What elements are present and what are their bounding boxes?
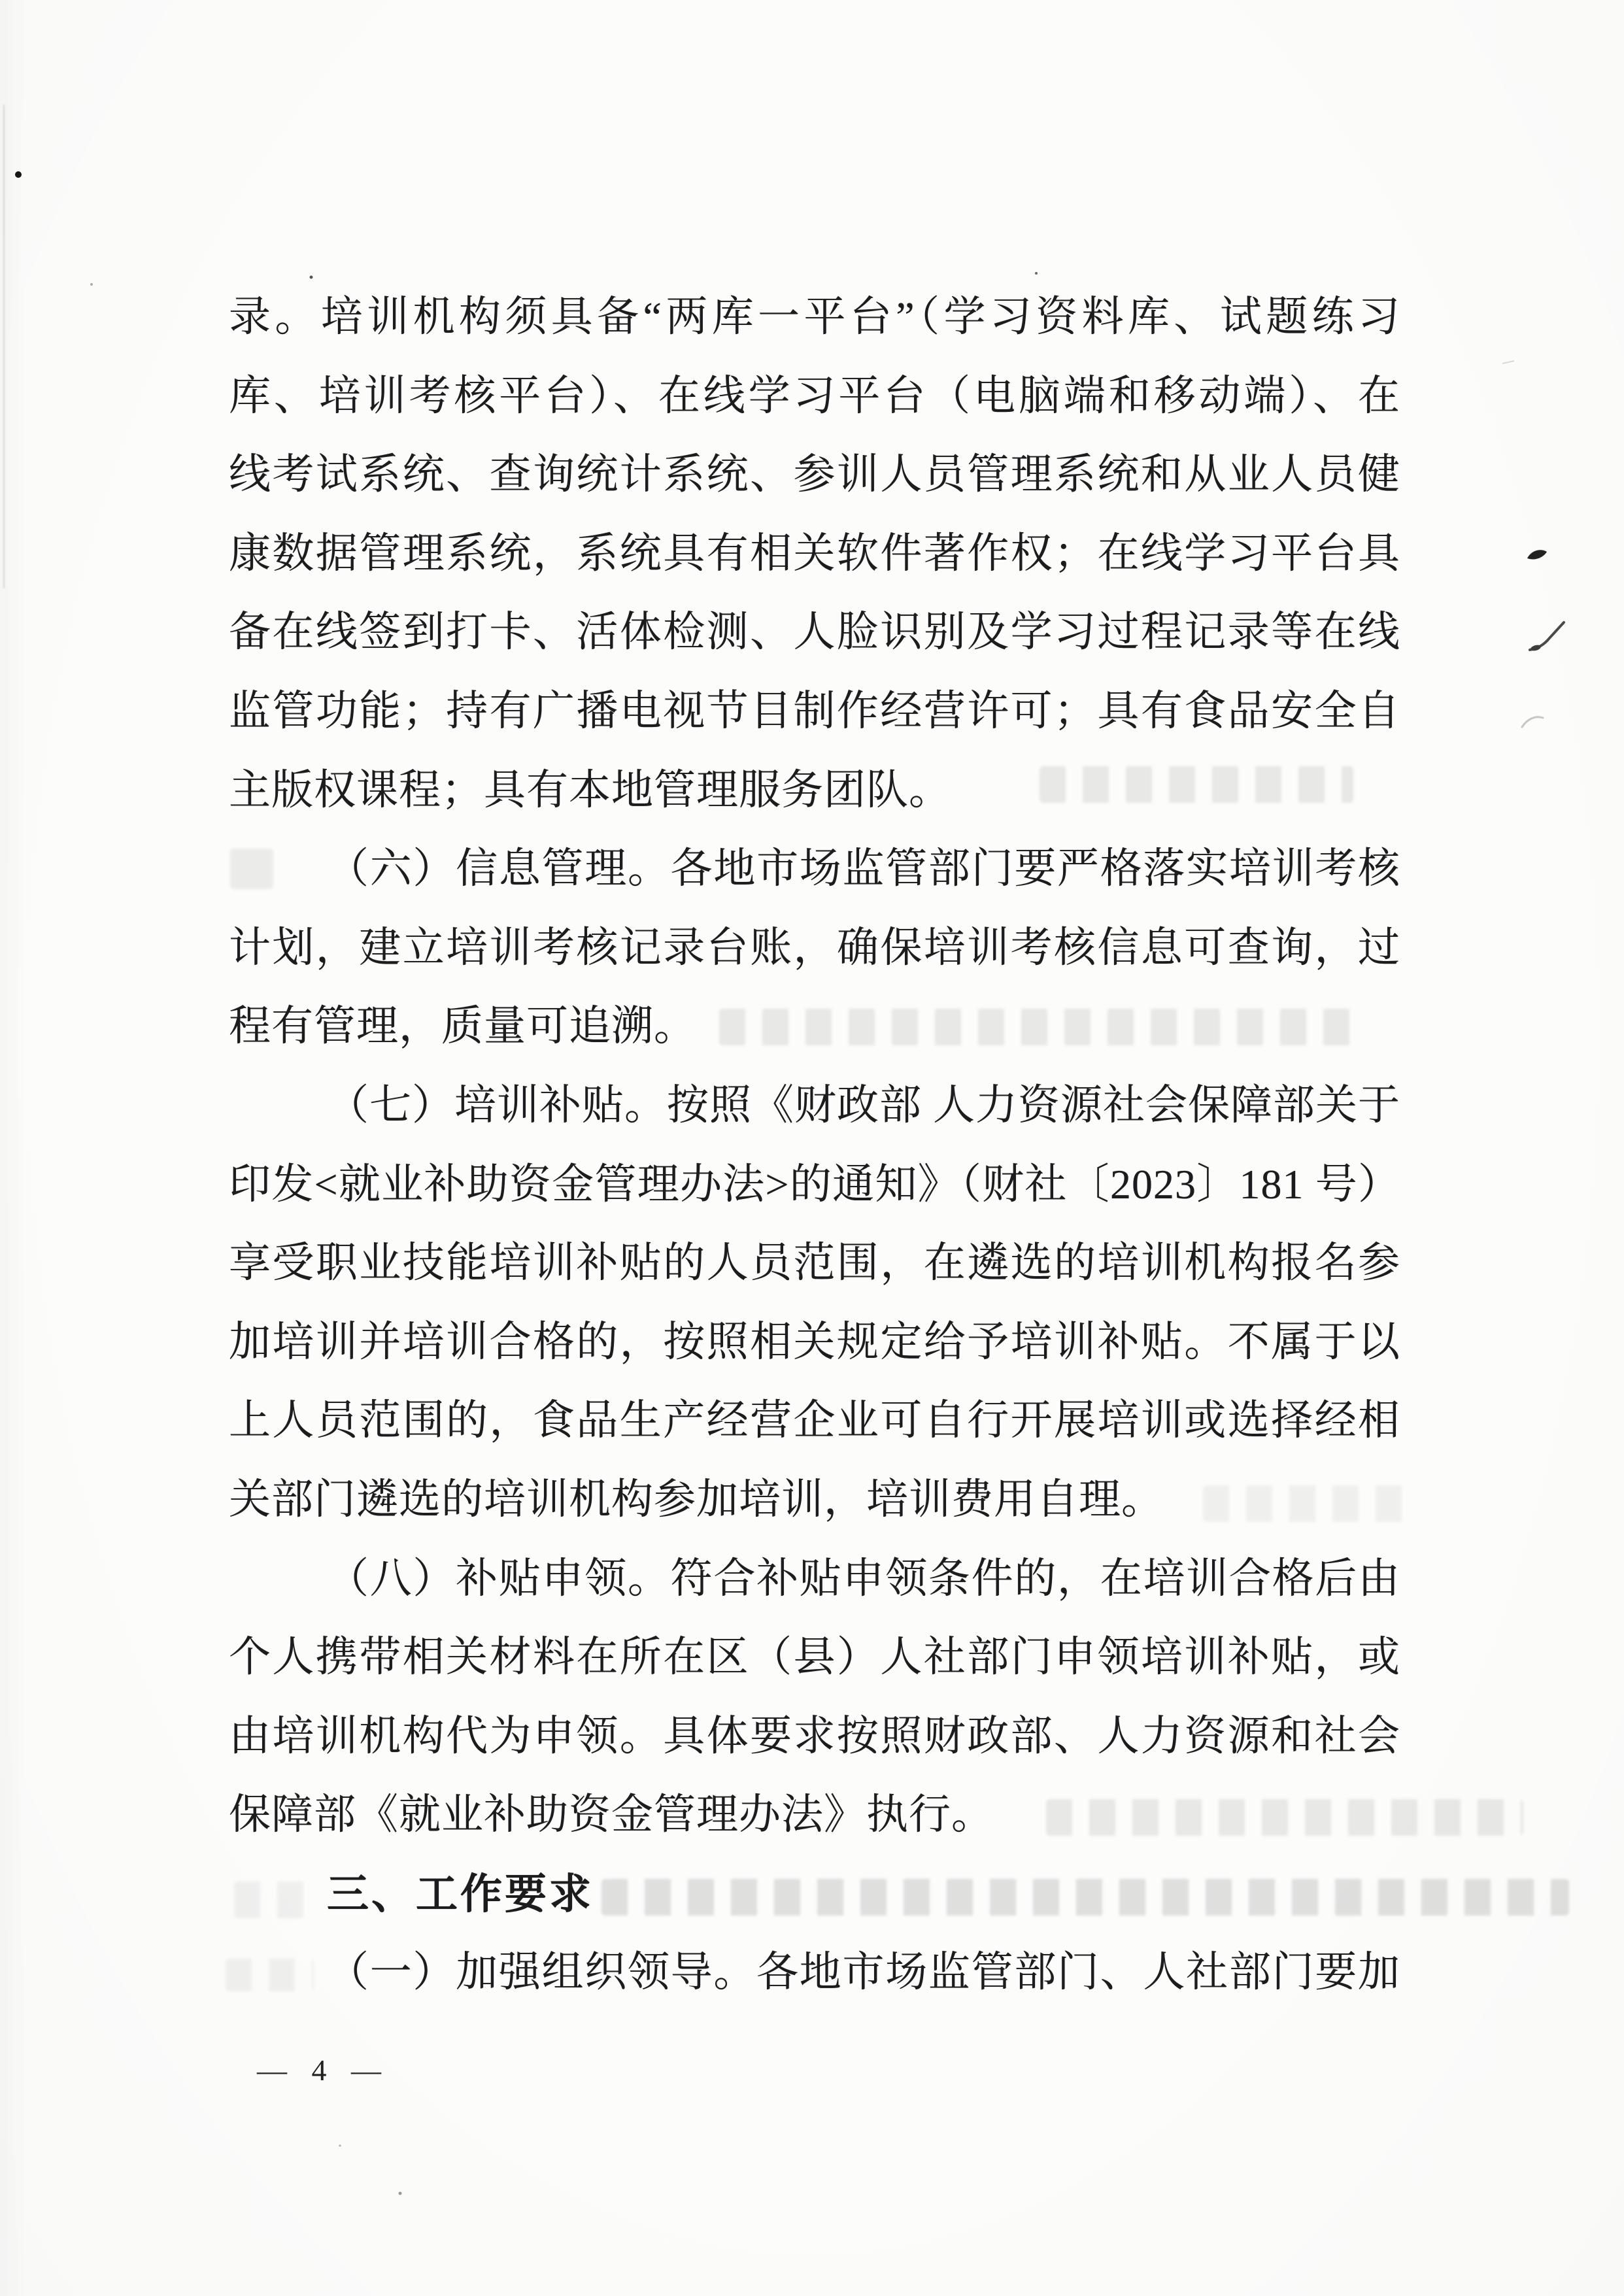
text-line: 库、培训考核平台）、在线学习平台（电脑端和移动端）、在 [229, 357, 1400, 436]
text-line: 备在线签到打卡、活体检测、人脸识别及学习过程记录等在线 [229, 593, 1400, 672]
scanned-page: { "theme": { "ink": "#1c1c1e", "paper": … [0, 0, 1624, 2296]
text-line: （六）信息管理。各地市场监管部门要严格落实培训考核 [229, 830, 1400, 909]
text-line: 个人携带相关材料在所在区（县）人社部门申领培训补贴，或 [229, 1618, 1400, 1697]
text-line: （一）加强组织领导。各地市场监管部门、人社部门要加 [229, 1933, 1400, 2012]
scan-edge-streak [3, 105, 5, 588]
text-line: （八）补贴申领。符合补贴申领条件的，在培训合格后由 [229, 1540, 1400, 1619]
text-line: 监管功能；持有广播电视节目制作经营许可；具有食品安全自 [229, 672, 1400, 751]
text-line: 主版权课程；具有本地管理服务团队。 [229, 751, 1400, 830]
text-line: 保障部《就业补助资金管理办法》执行。 [229, 1776, 1400, 1855]
text-line: 康数据管理系统，系统具有相关软件著作权；在线学习平台具 [229, 515, 1400, 594]
text-line: 录。培训机构须具备“两库一平台”（学习资料库、试题练习 [229, 278, 1400, 357]
text-line: 关部门遴选的培训机构参加培训，培训费用自理。 [229, 1460, 1400, 1540]
text-line: 程有管理，质量可追溯。 [229, 987, 1400, 1066]
text-line: 由培训机构代为申领。具体要求按照财政部、人力资源和社会 [229, 1697, 1400, 1776]
text-line: 享受职业技能培训补贴的人员范围，在遴选的培训机构报名参 [229, 1224, 1400, 1303]
text-line: 上人员范围的，食品生产经营企业可自行开展培训或选择经相 [229, 1381, 1400, 1460]
text-line: 印发<就业补助资金管理办法>的通知》（财社〔2023〕181 号） [229, 1145, 1400, 1224]
text-line: 线考试系统、查询统计系统、参训人员管理系统和从业人员健 [229, 435, 1400, 515]
text-column: 录。培训机构须具备“两库一平台”（学习资料库、试题练习 库、培训考核平台）、在线… [229, 278, 1400, 2012]
text-line: 计划，建立培训考核记录台账，确保培训考核信息可查询，过 [229, 909, 1400, 988]
section-heading: 三、工作要求 [229, 1855, 1400, 1934]
text-line: （七）培训补贴。按照《财政部 人力资源社会保障部关于 [229, 1066, 1400, 1145]
text-line: 加培训并培训合格的，按照相关规定给予培训补贴。不属于以 [229, 1303, 1400, 1382]
page-number: — 4 — [257, 2053, 401, 2092]
